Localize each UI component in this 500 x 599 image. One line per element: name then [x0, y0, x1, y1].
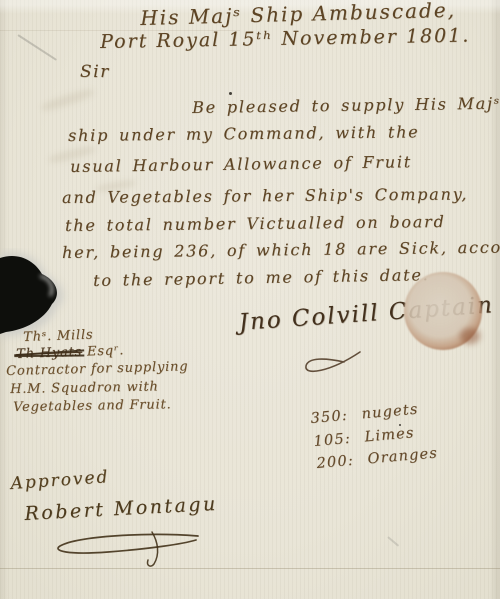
quantity-line: 200: Oranges [316, 445, 439, 472]
addressee-role-line: Contractor for supplying [6, 359, 189, 379]
body-line: Be pleased to supply His Majˢ [192, 94, 500, 117]
approver-flourish [48, 530, 208, 570]
addressee-role-line: H.M. Squadron with [10, 379, 159, 397]
pencil-smudge [18, 34, 57, 60]
quantity-line: 350: nugets [310, 402, 419, 427]
body-line: usual Harbour Allowance of Fruit [70, 152, 412, 176]
wax-seal-stain [404, 272, 482, 350]
body-line: and Vegetables for her Ship's Company, [62, 184, 468, 207]
salutation: Sir [80, 62, 110, 82]
pencil-smudge [388, 536, 400, 546]
signature-flourish [300, 350, 372, 380]
addressee-name: Thˢ. Mills [23, 328, 94, 345]
body-line: the total number Victualled on board [65, 212, 446, 235]
quantity-value: 200: [316, 453, 355, 472]
approval-label: Approved [10, 467, 110, 494]
quantity-item: Limes [364, 425, 415, 445]
addressee-role-line: Vegetables and Fruit. [13, 397, 172, 415]
ink-showthrough-mark [40, 87, 95, 114]
esquire-suffix: Esqʳ. [87, 343, 125, 359]
ink-speck [229, 92, 232, 95]
struck-out-name: Th Hyats [16, 345, 82, 362]
quantity-value: 350: [310, 408, 349, 427]
quantity-value: 105: [313, 431, 352, 450]
quantity-item: nugets [361, 402, 419, 423]
quantity-line: 105: Limes [313, 425, 415, 450]
addressee-esquire-line: Th Hyats Esqʳ. [16, 343, 124, 362]
body-line: ship under my Command, with the [68, 122, 420, 145]
quantity-item: Oranges [367, 445, 439, 467]
body-line: her, being 236, of which 18 are Sick, ac… [62, 237, 500, 262]
body-line: to the report to me of this date. [93, 265, 430, 290]
letter-scan: His Majˢ Ship Ambuscade, Port Royal 15ᵗʰ… [0, 0, 500, 599]
approver-signature: Robert Montagu [24, 493, 218, 525]
